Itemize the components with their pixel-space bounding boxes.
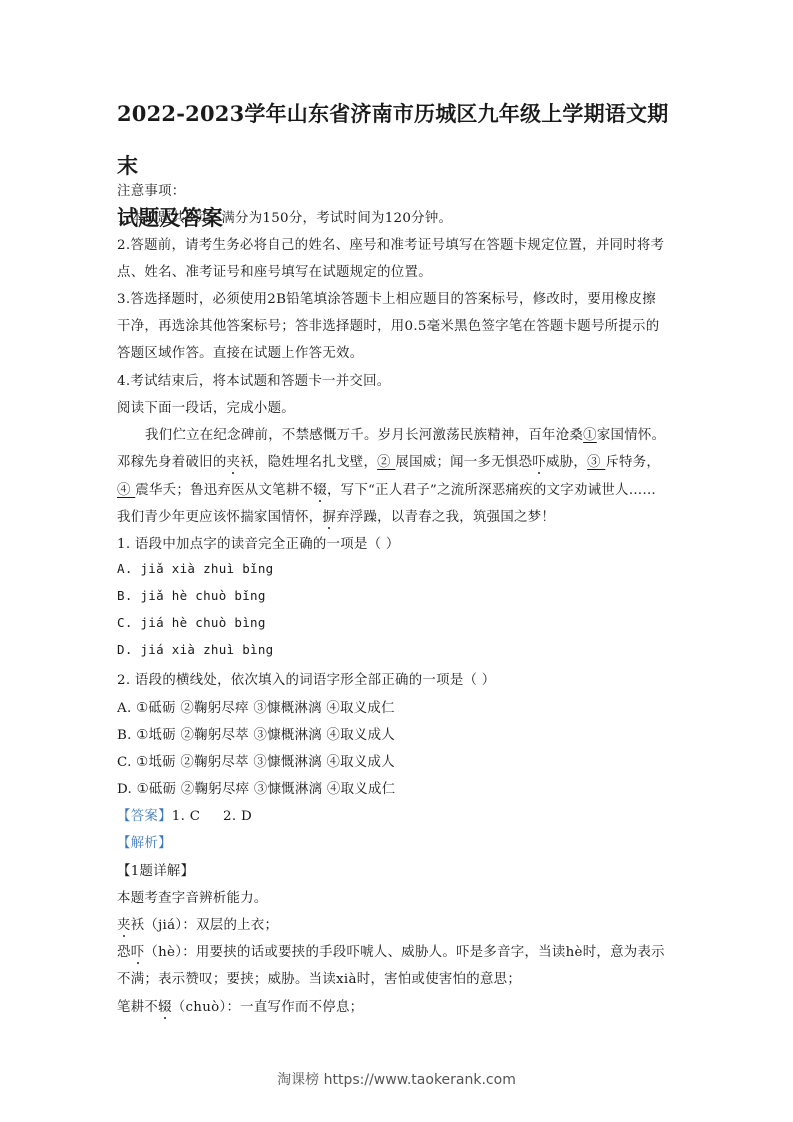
dotted-char: 夹 <box>117 918 131 933</box>
dotted-char: 摒 <box>322 510 336 525</box>
question-2-option-a: A. ①砥砺 ②鞠躬尽瘁 ③慷概淋漓 ④取义成仁 <box>117 697 395 716</box>
notice-1: 1.本试题共8页，满分为150分，考试时间为120分钟。 <box>117 207 452 226</box>
detail-1: 夹袄（jiá）：双层的上衣； <box>117 914 278 933</box>
passage-text: 威胁， <box>546 455 587 470</box>
detail-intro: 本题考查字音辨析能力。 <box>117 887 268 906</box>
blank-3: ③ <box>587 455 605 470</box>
question-2-option-d: D. ①砥砺 ②鞠躬尽瘁 ③慷慨淋漓 ④取义成仁 <box>117 778 395 797</box>
question-1-option-a: A. jiǎ xià zhuì bǐng <box>117 561 274 576</box>
passage-text: 我们青少年更应该怀揣家国情怀， <box>117 510 322 525</box>
passage-text: 弃浮躁，以青春之我，筑强国之梦！ <box>336 510 555 525</box>
notice-4: 4.考试结束后，将本试题和答题卡一并交回。 <box>117 370 391 389</box>
detail-4: 笔耕不辍（chuò）：一直写作而不停息； <box>117 996 363 1015</box>
passage-line-1: 我们伫立在纪念碑前，不禁感慨万千。岁月长河激荡民族精神，百年沧桑①家国情怀。 <box>145 424 665 443</box>
footer-watermark: 淘课榜 https://www.taokerank.com <box>0 1069 793 1089</box>
analysis-label: 【解析】 <box>117 832 172 851</box>
passage-text: 展国威；闻一多无惧恐 <box>395 455 532 470</box>
detail-text: （hè）：用要挟的话或要挟的手段吓唬人、威胁人。吓是多音字，当读hè时，意为表示 <box>144 945 664 960</box>
dotted-char: 夹 <box>227 455 241 470</box>
passage-text: 袄，隐姓埋名扎戈壁， <box>240 455 377 470</box>
question-1-option-b: B. jiǎ hè chuò bǐng <box>117 588 266 603</box>
detail-3: 不满；表示赞叹；要挟；威胁。当读xià时，害怕或使害怕的意思； <box>117 968 521 987</box>
detail-heading: 【1题详解】 <box>117 860 194 879</box>
detail-2: 恐吓（hè）：用要挟的话或要挟的手段吓唬人、威胁人。吓是多音字，当读hè时，意为… <box>117 941 665 960</box>
blank-1: ① <box>583 428 597 443</box>
question-1-option-c: C. jiá hè chuò bìng <box>117 615 266 630</box>
detail-text: 恐 <box>117 945 131 960</box>
notice-3: 3.答选择题时，必须使用2B铅笔填涂答题卡上相应题目的答案标号，修改时，要用橡皮… <box>117 288 656 307</box>
dotted-char: 吓 <box>532 455 546 470</box>
detail-text: （chuò）：一直写作而不停息； <box>172 1000 364 1015</box>
notice-3-cont2: 答题区域作答。直接在试题上作答无效。 <box>117 342 363 361</box>
passage-text: 邓稼先身着破旧的 <box>117 455 227 470</box>
question-1-option-d: D. jiá xià zhuì bìng <box>117 642 274 657</box>
title-line-1: 2022-2023学年山东省济南市历城区九年级上学期语文期末 <box>117 88 687 192</box>
question-2-stem: 2. 语段的横线处，依次填入的词语字形全部正确的一项是（ ） <box>117 669 495 688</box>
notice-2-cont: 点、姓名、准考证号和座号填写在试题规定的位置。 <box>117 261 432 280</box>
passage-line-4: 我们青少年更应该怀揣家国情怀，摒弃浮躁，以青春之我，筑强国之梦！ <box>117 506 555 525</box>
question-2-option-c: C. ①坻砺 ②鞠躬尽萃 ③慷慨淋漓 ④取义成人 <box>117 751 395 770</box>
question-2-option-b: B. ①坻砺 ②鞠躬尽萃 ③慷概淋漓 ④取义成人 <box>117 724 395 743</box>
passage-text: 斥特务， <box>605 455 660 470</box>
passage-text: 我们伫立在纪念碑前，不禁感慨万千。岁月长河激荡民族精神，百年沧桑 <box>145 428 583 443</box>
dotted-char: 吓 <box>131 945 145 960</box>
answer-line: 【答案】1. C 2. D <box>117 805 252 824</box>
notice-3-cont: 干净，再选涂其他答案标号；答非选择题时，用0.5毫米黑色签字笔在答题卡题号所提示… <box>117 315 659 334</box>
passage-text: ，写下“正人君子”之流所深恶痛疾的文字劝诫世人…… <box>327 483 656 498</box>
notice-2: 2.答题前，请考生务必将自己的姓名、座号和准考证号填写在答题卡规定位置，并同时将… <box>117 234 664 253</box>
dotted-char: 辍 <box>313 483 327 498</box>
dotted-char: 辍 <box>158 1000 172 1015</box>
reading-instruction: 阅读下面一段话，完成小题。 <box>117 397 295 416</box>
notice-heading: 注意事项： <box>117 180 185 199</box>
passage-text: 家国情怀。 <box>597 428 665 443</box>
answer-text: 1. C 2. D <box>172 809 252 824</box>
blank-4: ④ <box>117 483 135 498</box>
passage-line-2: 邓稼先身着破旧的夹袄，隐姓埋名扎戈壁，② 展国威；闻一多无惧恐吓威胁，③ 斥特务… <box>117 451 660 470</box>
detail-text: 袄（jiá）：双层的上衣； <box>131 918 279 933</box>
question-1-stem: 1. 语段中加点字的读音完全正确的一项是（ ） <box>117 533 400 552</box>
passage-text: 震华夭；鲁迅弃医从文笔耕不 <box>135 483 313 498</box>
passage-line-3: ④ 震华夭；鲁迅弃医从文笔耕不辍，写下“正人君子”之流所深恶痛疾的文字劝诫世人…… <box>117 479 656 498</box>
document-page: 2022-2023学年山东省济南市历城区九年级上学期语文期末 试题及答案 注意事… <box>0 0 793 1122</box>
detail-text: 笔耕不 <box>117 1000 158 1015</box>
answer-label: 【答案】 <box>117 809 172 824</box>
blank-2: ② <box>377 455 395 470</box>
